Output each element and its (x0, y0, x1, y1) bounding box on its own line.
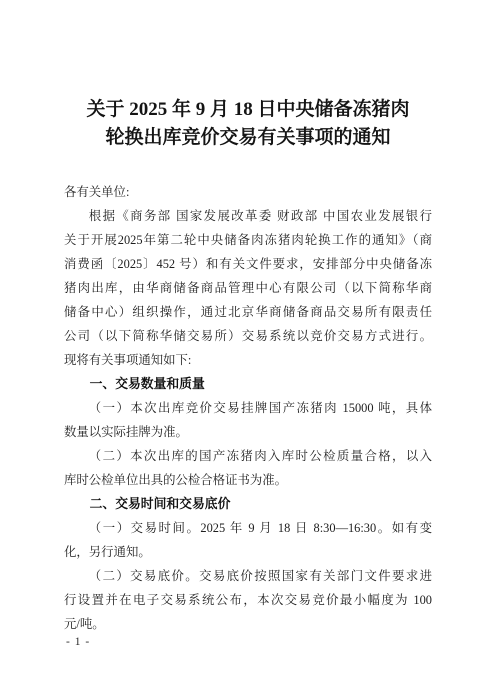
title-line-2: 轮换出库竞价交易有关事项的通知 (64, 124, 432, 152)
salutation: 各有关单位: (64, 180, 432, 204)
page-number: - 1 - (66, 634, 90, 650)
body-line: 库时公检单位出具的公检合格证书为准。 (64, 468, 432, 492)
section-heading: 一、交易数量和质量 (64, 372, 432, 396)
body-line: 数量以实际挂牌为准。 (64, 420, 432, 444)
body-line: 根据《商务部 国家发展改革委 财政部 中国农业发展银行 (64, 204, 432, 228)
body-line: 猪肉出库，由华商储备商品管理中心有限公司（以下简称华商 (64, 276, 432, 300)
document-page: 关于 2025 年 9 月 18 日中央储备冻猪肉 轮换出库竞价交易有关事项的通… (0, 0, 494, 700)
body-line: 消费函〔2025〕452 号）和有关文件要求，安排部分中央储备冻 (64, 252, 432, 276)
body-line: 现将有关事项通知如下: (64, 348, 432, 372)
body-line: （一）交易时间。2025 年 9 月 18 日 8:30—16:30。如有变 (64, 516, 432, 540)
body-line: 化，另行通知。 (64, 540, 432, 564)
body-line: 关于开展2025年第二轮中央储备肉冻猪肉轮换工作的通知》（商 (64, 228, 432, 252)
body-line: 元/吨。 (64, 612, 432, 636)
body-line: （一）本次出库竞价交易挂牌国产冻猪肉 15000 吨，具体 (64, 396, 432, 420)
title-line-1: 关于 2025 年 9 月 18 日中央储备冻猪肉 (64, 96, 432, 124)
section-heading: 二、交易时间和交易底价 (64, 492, 432, 516)
body-line: 储备中心）组织操作，通过北京华商储备商品交易所有限责任 (64, 300, 432, 324)
body-line: （二）交易底价。交易底价按照国家有关部门文件要求进 (64, 564, 432, 588)
document-title: 关于 2025 年 9 月 18 日中央储备冻猪肉 轮换出库竞价交易有关事项的通… (64, 0, 432, 152)
document-content: 关于 2025 年 9 月 18 日中央储备冻猪肉 轮换出库竞价交易有关事项的通… (64, 0, 432, 636)
body-line: （二）本次出库的国产冻猪肉入库时公检质量合格，以入 (64, 444, 432, 468)
body-line: 行设置并在电子交易系统公布，本次交易竞价最小幅度为 100 (64, 588, 432, 612)
document-body: 根据《商务部 国家发展改革委 财政部 中国农业发展银行关于开展2025年第二轮中… (64, 204, 432, 636)
body-line: 公司（以下简称华储交易所）交易系统以竞价交易方式进行。 (64, 324, 432, 348)
